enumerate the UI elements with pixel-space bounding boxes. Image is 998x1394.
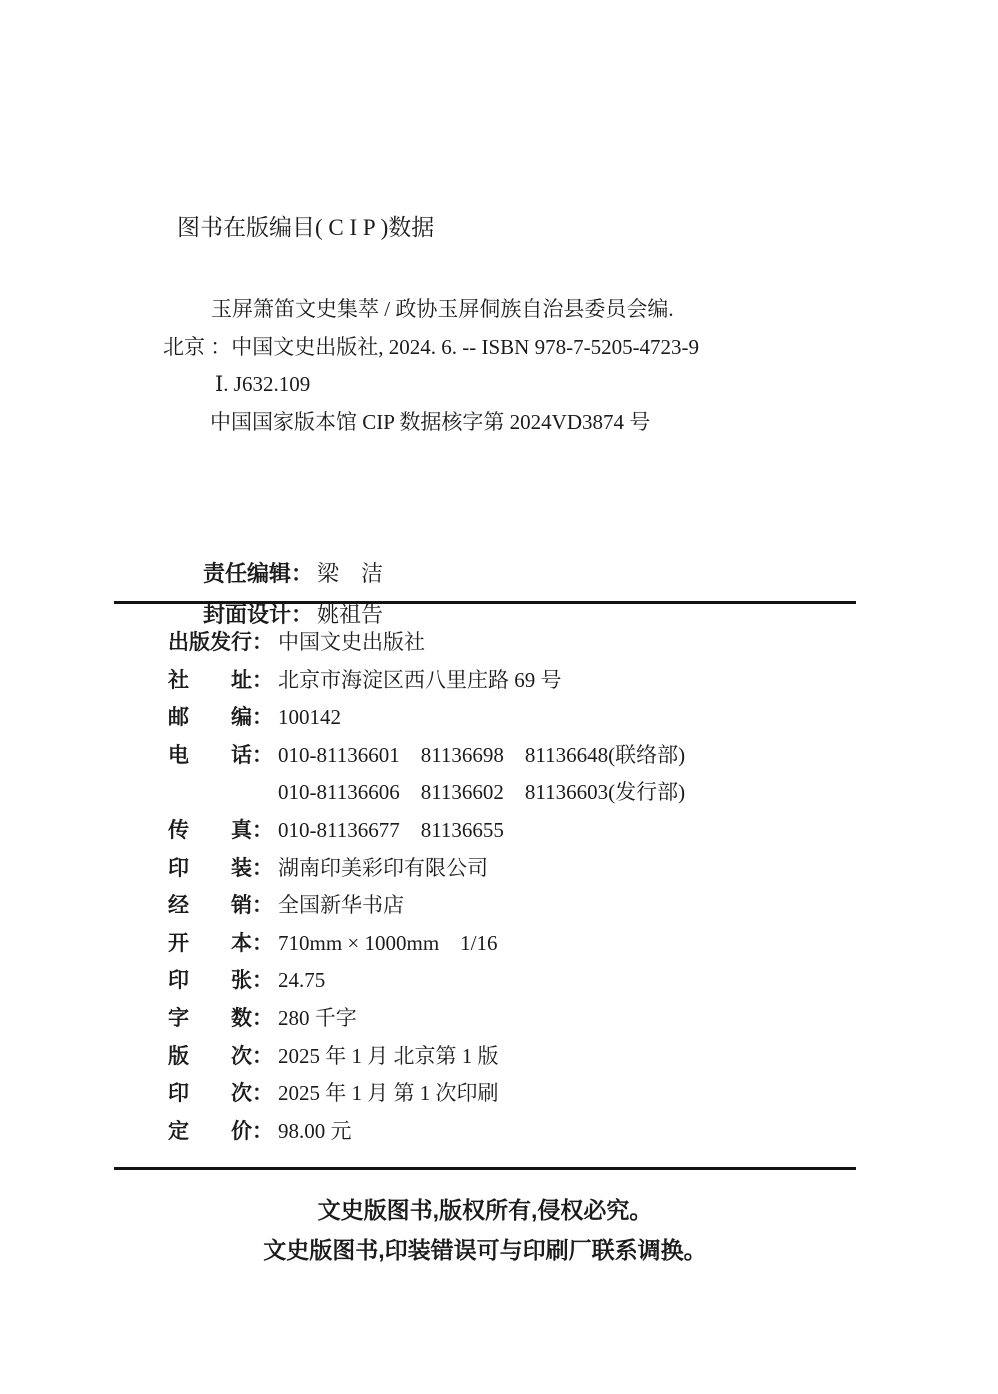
colophon-label: 传 真：	[168, 812, 276, 850]
cip-heading: 图书在版编目( C I P )数据	[177, 213, 434, 243]
colophon-value: 98.00 元	[278, 1113, 352, 1151]
colophon-label: 社 址：	[168, 662, 276, 700]
footer-exchange-notice: 文史版图书,印装错误可与印刷厂联系调换。	[114, 1230, 856, 1270]
colophon-list: 出版发行：中国文史出版社 社 址：北京市海淀区西八里庄路 69 号 邮 编：10…	[168, 624, 685, 1150]
colophon-row-phone-continued: 010-81136606 81136602 81136603(发行部)	[168, 774, 685, 812]
colophon-row-word-count: 字 数：280 千字	[168, 1000, 685, 1038]
colophon-value: 24.75	[278, 962, 325, 1000]
colophon-value: 010-81136677 81136655	[278, 812, 504, 850]
colophon-label: 电 话：	[168, 737, 276, 775]
colophon-label: 定 价：	[168, 1113, 276, 1151]
credit-row-editor: 责任编辑：梁 洁	[170, 512, 383, 553]
colophon-value: 湖南印美彩印有限公司	[278, 850, 488, 888]
colophon-row-impression: 印 次：2025 年 1 月 第 1 次印刷	[168, 1075, 685, 1113]
footer-copyright-notice: 文史版图书,版权所有,侵权必究。	[114, 1190, 856, 1230]
colophon-value: 710mm × 1000mm 1/16	[278, 925, 498, 963]
credits-block: 责任编辑：梁 洁 封面设计：姚祖告	[170, 512, 383, 594]
credit-value-editor: 梁 洁	[317, 561, 383, 586]
credit-label-editor: 责任编辑：	[203, 561, 313, 586]
footer-notices: 文史版图书,版权所有,侵权必究。 文史版图书,印装错误可与印刷厂联系调换。	[114, 1190, 856, 1270]
colophon-row-printing-binding: 印 装：湖南印美彩印有限公司	[168, 850, 685, 888]
colophon-label: 开 本：	[168, 925, 276, 963]
colophon-row-address: 社 址：北京市海淀区西八里庄路 69 号	[168, 662, 685, 700]
colophon-row-sheets: 印 张：24.75	[168, 962, 685, 1000]
colophon-value: 中国文史出版社	[278, 624, 425, 662]
colophon-value: 2025 年 1 月 第 1 次印刷	[278, 1075, 499, 1113]
colophon-label: 版 次：	[168, 1038, 276, 1076]
colophon-row-edition: 版 次：2025 年 1 月 北京第 1 版	[168, 1038, 685, 1076]
colophon-label: 邮 编：	[168, 699, 276, 737]
colophon-value: 全国新华书店	[278, 887, 404, 925]
colophon-value: 100142	[278, 699, 341, 737]
colophon-label: 字 数：	[168, 1000, 276, 1038]
book-copyright-page: 图书在版编目( C I P )数据 玉屏箫笛文史集萃 / 政协玉屏侗族自治县委员…	[0, 0, 998, 1394]
cip-line-record-number: 中国国家版本馆 CIP 数据核字第 2024VD3874 号	[210, 404, 699, 442]
colophon-row-distribution: 经 销：全国新华书店	[168, 887, 685, 925]
colophon-row-postcode: 邮 编：100142	[168, 699, 685, 737]
colophon-value: 北京市海淀区西八里庄路 69 号	[278, 662, 562, 700]
colophon-value: 010-81136606 81136602 81136603(发行部)	[278, 774, 685, 812]
colophon-value: 280 千字	[278, 1000, 357, 1038]
cip-line-publisher-isbn: 北京 ：中国文史出版社, 2024. 6. -- ISBN 978-7-5205…	[163, 329, 699, 367]
colophon-value: 2025 年 1 月 北京第 1 版	[278, 1038, 499, 1076]
colophon-row-price: 定 价：98.00 元	[168, 1113, 685, 1151]
colophon-label: 印 张：	[168, 962, 276, 1000]
colophon-row-phone: 电 话：010-81136601 81136698 81136648(联络部)	[168, 737, 685, 775]
divider-top	[114, 601, 856, 604]
colophon-row-format: 开 本：710mm × 1000mm 1/16	[168, 925, 685, 963]
colophon-label: 经 销：	[168, 887, 276, 925]
cip-line-classification: Ⅰ. J632.109	[215, 366, 699, 404]
colophon-value: 010-81136601 81136698 81136648(联络部)	[278, 737, 685, 775]
colophon-row-fax: 传 真：010-81136677 81136655	[168, 812, 685, 850]
colophon-label: 印 装：	[168, 850, 276, 888]
colophon-label: 出版发行：	[168, 624, 276, 662]
colophon-label: 印 次：	[168, 1075, 276, 1113]
cip-line-title-statement: 玉屏箫笛文史集萃 / 政协玉屏侗族自治县委员会编.	[211, 291, 699, 329]
colophon-row-publisher: 出版发行：中国文史出版社	[168, 624, 685, 662]
cip-data-block: 玉屏箫笛文史集萃 / 政协玉屏侗族自治县委员会编. 北京 ：中国文史出版社, 2…	[163, 291, 699, 441]
divider-bottom	[114, 1167, 856, 1170]
